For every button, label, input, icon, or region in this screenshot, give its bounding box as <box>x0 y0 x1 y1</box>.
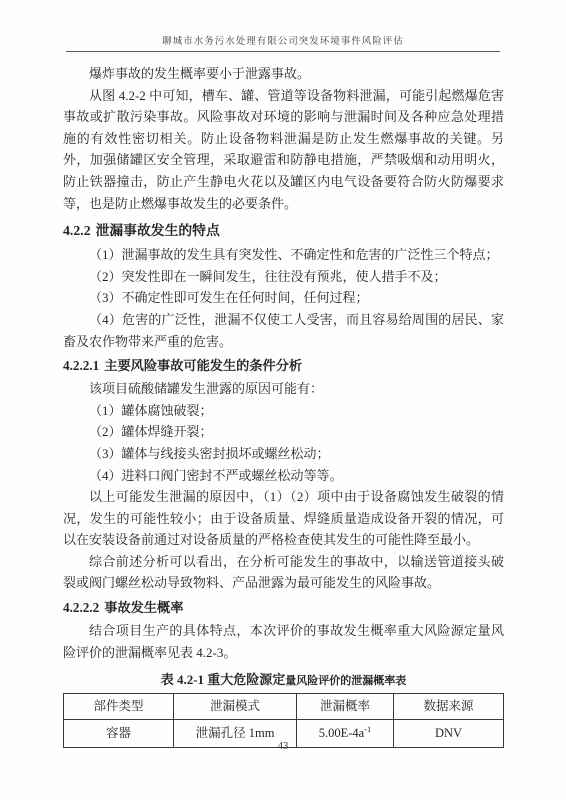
section-heading-4-2-2-2: 4.2.2.2事故发生概率 <box>63 597 504 619</box>
table-header-row: 部件类型 泄漏模式 泄漏概率 数据来源 <box>64 694 504 720</box>
leak-probability-value: 5.00E-4a <box>319 726 364 740</box>
leak-probability-exponent: -1 <box>364 724 371 734</box>
paragraph-cause-analysis: 以上可能发生泄漏的原因中，（1）（2）项中由于设备腐蚀发生破裂的情况，发生的可能… <box>63 486 504 551</box>
paragraph-explosion-probability: 爆炸事故的发生概率要小于泄露事故。 <box>63 63 504 85</box>
column-header-leak-mode: 泄漏模式 <box>174 694 297 720</box>
header-title: 聊城市水务污水处理有限公司突发环境事件风险评估 <box>0 33 566 47</box>
table-caption: 表 4.2-1 重大危险源定量风险评价的泄漏概率表 <box>63 671 504 690</box>
table-caption-small: 量风险评价的泄漏概率表 <box>285 675 406 687</box>
section-heading-4-2-2-1: 4.2.2.1主要风险事故可能发生的条件分析 <box>63 355 504 377</box>
document-page: 聊城市水务污水处理有限公司突发环境事件风险评估 爆炸事故的发生概率要小于泄露事故… <box>0 0 566 800</box>
section-number: 4.2.2.2 <box>63 600 99 615</box>
paragraph-probability: 结合项目生产的具体特点，本次评价的事故发生概率重大风险源定量风险评价的泄漏概率见… <box>63 620 504 663</box>
section-number: 4.2.2 <box>63 223 91 238</box>
section-title: 事故发生概率 <box>104 600 183 615</box>
section-title: 泄漏事故发生的特点 <box>96 223 220 238</box>
leak-feature-item-4: （4）危害的广泛性，泄漏不仅使工人受害，而且容易给周围的居民、家畜及农作物带来严… <box>63 309 504 352</box>
leak-feature-item-2: （2）突发性即在一瞬间发生，往往没有预兆，使人措手不及； <box>63 266 504 288</box>
paragraph-leak-overview: 从图 4.2-2 中可知，槽车、罐、管道等设备物料泄漏，可能引起燃爆危害事故或扩… <box>63 85 504 215</box>
table-caption-main: 表 4.2-1 重大危险源定 <box>161 672 286 687</box>
leak-feature-item-3: （3）不确定性即可发生在任何时间，任何过程； <box>63 287 504 309</box>
page-header: 聊城市水务污水处理有限公司突发环境事件风险评估 <box>0 0 566 52</box>
leak-cause-item-3: （3）罐体与线接头密封损坏或螺丝松动； <box>63 443 504 465</box>
leak-cause-item-1: （1）罐体腐蚀破裂； <box>63 400 504 422</box>
document-body: 爆炸事故的发生概率要小于泄露事故。 从图 4.2-2 中可知，槽车、罐、管道等设… <box>63 63 504 748</box>
leak-cause-item-2: （2）罐体焊缝开裂； <box>63 421 504 443</box>
leak-cause-item-4: （4）进料口阀门密封不严或螺丝松动等等。 <box>63 465 504 487</box>
section-number: 4.2.2.1 <box>63 358 99 373</box>
column-header-component-type: 部件类型 <box>64 694 174 720</box>
leak-probability-table: 部件类型 泄漏模式 泄漏概率 数据来源 容器 泄漏孔径 1mm 5.00E-4a… <box>63 693 504 748</box>
header-rule <box>66 51 500 52</box>
section-heading-4-2-2: 4.2.2泄漏事故发生的特点 <box>63 219 504 242</box>
paragraph-leak-causes-intro: 该项目硫酸储罐发生泄露的原因可能有： <box>63 378 504 400</box>
leak-feature-item-1: （1）泄漏事故的发生具有突发性、不确定性和危害的广泛性三个特点； <box>63 244 504 266</box>
column-header-leak-probability: 泄漏概率 <box>297 694 394 720</box>
page-number: 43 <box>0 741 566 752</box>
column-header-data-source: 数据来源 <box>393 694 503 720</box>
paragraph-conclusion: 综合前述分析可以看出，在分析可能发生的事故中，以输送管道接头破裂或阀门螺丝松动导… <box>63 551 504 594</box>
section-title: 主要风险事故可能发生的条件分析 <box>104 358 302 373</box>
